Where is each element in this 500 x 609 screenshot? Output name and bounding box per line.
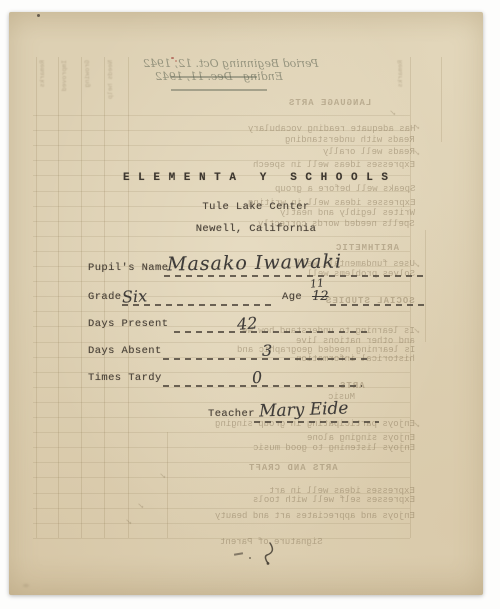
ghost-gline: Expresses ideas well in art [269, 486, 415, 496]
days-present-value: 42 [236, 313, 258, 333]
ghost-gcheck: ✓ [412, 260, 421, 272]
ghost-gline ghead: ARTS AND CRAFT [248, 463, 338, 473]
ghost-gh [33, 447, 410, 448]
ghost-gcol: Growing [84, 60, 100, 118]
grade-value: Six [122, 286, 148, 306]
teacher-value: Mary Eide [259, 398, 349, 421]
age-struck-value: 12 [312, 289, 329, 304]
ghost-gline: Has adequate reading vocabulary [248, 124, 415, 134]
ghost-gcheck: ✓ [412, 420, 421, 432]
ghost-gh [33, 221, 410, 222]
ghost-gh [33, 508, 410, 509]
paper-speck [171, 57, 174, 59]
ghost-gline: Reads well orally [323, 147, 415, 157]
ghost-gline ghead: ARITHMETIC [335, 243, 399, 253]
ghost-gh [33, 523, 410, 524]
ink-dash-mark [234, 552, 243, 556]
ghost-gv [167, 432, 168, 538]
ghost-gv [441, 57, 442, 142]
ghost-gh [33, 130, 410, 131]
ghost-gh [33, 281, 410, 282]
ghost-gv [36, 57, 37, 538]
pupil-name-value: Masako Iwawaki [167, 250, 342, 275]
scanned-document: RemarksImprovedGrowingNeeds helpRemarksL… [0, 0, 500, 609]
ghost-gcol: Needs help [107, 60, 123, 118]
times-tardy-value: 0 [251, 368, 263, 388]
times-tardy-label: Times Tardy [88, 372, 162, 384]
ghost-gcol: Remarks [397, 60, 413, 118]
ghost-gh [33, 311, 410, 312]
ghost-gline: Enjoys singing alone [307, 433, 415, 443]
ghost-gline: Enjoys listening to good music [253, 443, 415, 453]
ghost-gh [33, 432, 410, 433]
ghost-gcheck: ✓ [412, 148, 421, 160]
paper-speck [37, 14, 40, 17]
teacher-label: Teacher [208, 408, 255, 420]
ghost-gh [33, 462, 410, 463]
age-corrected-value: 11 [309, 276, 324, 290]
ghost-gcheck: ✓ [158, 471, 167, 483]
school-title: E L E M E N T A Y S C H O O L S [19, 172, 483, 184]
pupil-name-label: Pupil's Name [88, 262, 168, 274]
ghost-gh [33, 236, 410, 237]
report-card-paper: RemarksImprovedGrowingNeeds helpRemarksL… [9, 12, 483, 595]
ink-scribble-mark [259, 542, 277, 566]
ghost-gcheck: ✓ [136, 501, 145, 513]
days-present-label: Days Present [88, 318, 168, 330]
ghost-ghand: Period Beginning Oct. 12, 1942 [143, 57, 318, 70]
ghost-gh [33, 145, 410, 146]
ghost-gcheck: ✓ [388, 108, 397, 120]
ghost-gh [33, 115, 410, 116]
ghost-gh [33, 160, 410, 161]
grade-label: Grade [88, 291, 122, 303]
ink-dot-mark [249, 557, 251, 559]
ghost-gh [33, 493, 410, 494]
days-absent-value: 3 [262, 341, 272, 360]
ghost-gcheck: ✓ [412, 326, 421, 338]
paper-smudge [23, 584, 29, 587]
age-label: Age [282, 291, 302, 303]
ghost-gv [81, 57, 82, 538]
ghost-gline: Enjoys and appreciates art and beauty [215, 511, 415, 521]
ghost-gh [33, 342, 410, 343]
ghost-gh [33, 477, 410, 478]
ghost-gline: Reads with understanding [285, 135, 415, 145]
ghost-gv [410, 57, 411, 538]
ghost-gv [425, 230, 426, 342]
ghost-gline: and other nations live [296, 336, 415, 346]
ghost-gh [33, 538, 410, 539]
ghost-gul [171, 89, 267, 91]
ghost-gh [33, 191, 410, 192]
ghost-gh [33, 402, 410, 403]
pupil-name-line [164, 275, 427, 277]
ghost-gul [171, 76, 257, 78]
location-line: Newell, California [19, 223, 483, 235]
paper-speck [175, 60, 177, 62]
ghost-gline: Expresses self well with tools [253, 495, 415, 505]
days-absent-label: Days Absent [88, 345, 162, 357]
ghost-gcheck: ✓ [124, 517, 133, 529]
ghost-gline: Expresses ideas well in speech [253, 160, 415, 170]
days-present-line [174, 331, 370, 333]
center-name: Tule Lake Center [19, 201, 483, 213]
ghost-ghand: Ending Dec. 11, 1942 [155, 70, 283, 83]
ghost-gv [58, 57, 59, 538]
ghost-gline: Speaks well before a group [275, 184, 415, 194]
age-line [330, 304, 427, 306]
ghost-gcol: Remarks [39, 60, 55, 118]
ghost-gcol: Improved [61, 60, 77, 118]
ghost-gline ghead: LANGUAGE ARTS [288, 98, 371, 108]
ghost-gcheck: ✓ [412, 122, 421, 134]
teacher-line [254, 421, 379, 423]
